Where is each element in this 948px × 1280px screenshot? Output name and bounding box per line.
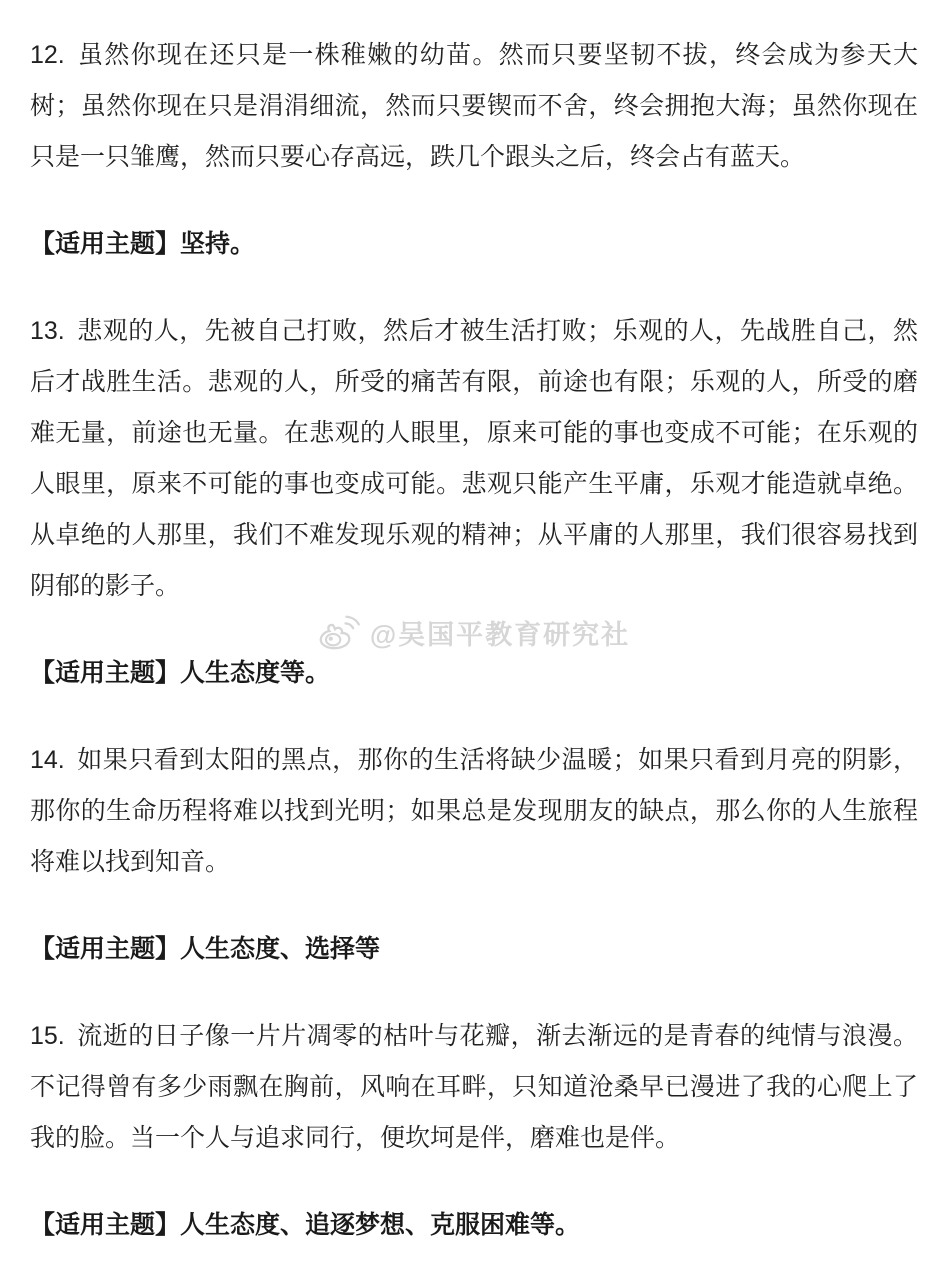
theme-value: 人生态度、追逐梦想、克服困难等。 — [180, 1212, 580, 1239]
theme-label: 【适用主题】 — [30, 660, 180, 687]
entry-13-theme-line: 【适用主题】人生态度等。 — [30, 648, 918, 699]
entry-12-text: 12.虽然你现在还只是一株稚嫩的幼苗。然而只要坚韧不拔，终会成为参天大树；虽然你… — [30, 30, 918, 183]
theme-value: 人生态度、选择等 — [180, 936, 380, 963]
entry-14: 14.如果只看到太阳的黑点，那你的生活将缺少温暖；如果只看到月亮的阴影，那你的生… — [30, 735, 918, 975]
entry-14-theme-line: 【适用主题】人生态度、选择等 — [30, 924, 918, 975]
theme-value: 坚持。 — [180, 231, 255, 258]
entry-14-number: 14. — [30, 746, 65, 774]
theme-label: 【适用主题】 — [30, 936, 180, 963]
entry-13: 13.悲观的人，先被自己打败，然后才被生活打败；乐观的人，先战胜自己，然后才战胜… — [30, 306, 918, 699]
entry-14-body: 如果只看到太阳的黑点，那你的生活将缺少温暖；如果只看到月亮的阴影，那你的生命历程… — [30, 747, 918, 876]
entry-15-text: 15.流逝的日子像一片片凋零的枯叶与花瓣，渐去渐远的是青春的纯情与浪漫。不记得曾… — [30, 1011, 918, 1164]
entry-13-body: 悲观的人，先被自己打败，然后才被生活打败；乐观的人，先战胜自己，然后才战胜生活。… — [30, 318, 918, 600]
entry-15: 15.流逝的日子像一片片凋零的枯叶与花瓣，渐去渐远的是青春的纯情与浪漫。不记得曾… — [30, 1011, 918, 1251]
entry-15-number: 15. — [30, 1022, 65, 1050]
document-page: 12.虽然你现在还只是一株稚嫩的幼苗。然而只要坚韧不拔，终会成为参天大树；虽然你… — [0, 0, 948, 1251]
entry-13-number: 13. — [30, 317, 65, 345]
theme-value: 人生态度等。 — [180, 660, 330, 687]
entry-12-number: 12. — [30, 41, 65, 69]
entry-14-text: 14.如果只看到太阳的黑点，那你的生活将缺少温暖；如果只看到月亮的阴影，那你的生… — [30, 735, 918, 888]
theme-label: 【适用主题】 — [30, 1212, 180, 1239]
theme-label: 【适用主题】 — [30, 231, 180, 258]
entry-13-text: 13.悲观的人，先被自己打败，然后才被生活打败；乐观的人，先战胜自己，然后才战胜… — [30, 306, 918, 612]
entry-15-body: 流逝的日子像一片片凋零的枯叶与花瓣，渐去渐远的是青春的纯情与浪漫。不记得曾有多少… — [30, 1023, 918, 1152]
entry-12: 12.虽然你现在还只是一株稚嫩的幼苗。然而只要坚韧不拔，终会成为参天大树；虽然你… — [30, 30, 918, 270]
entry-15-theme-line: 【适用主题】人生态度、追逐梦想、克服困难等。 — [30, 1200, 918, 1251]
entry-12-body: 虽然你现在还只是一株稚嫩的幼苗。然而只要坚韧不拔，终会成为参天大树；虽然你现在只… — [30, 42, 918, 171]
entry-12-theme-line: 【适用主题】坚持。 — [30, 219, 918, 270]
